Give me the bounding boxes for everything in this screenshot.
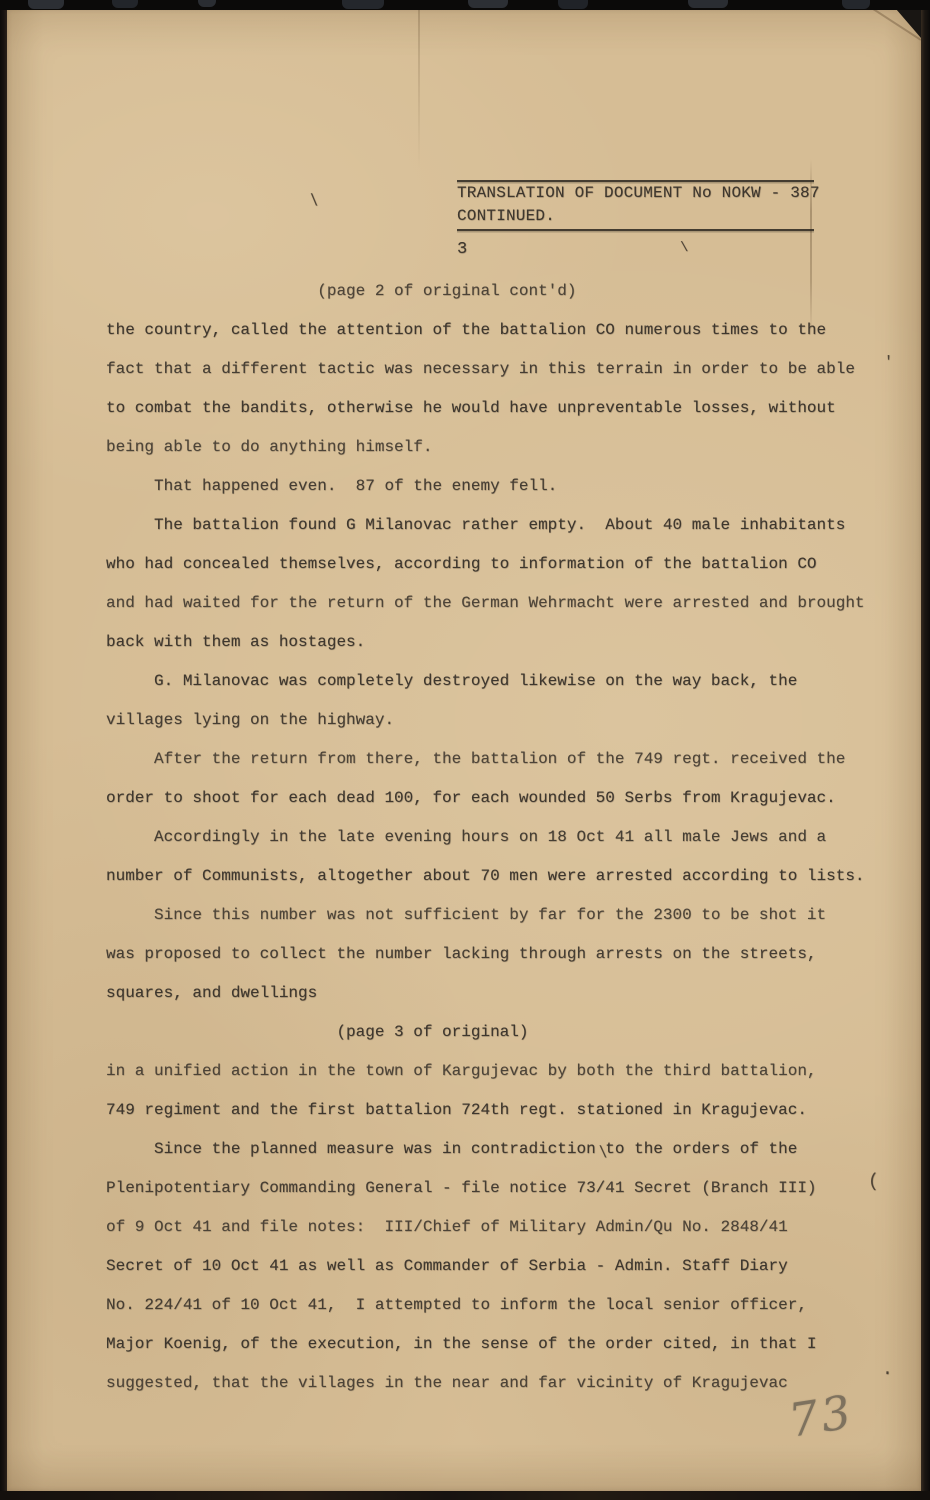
body-line: (page 2 of original cont'd) [106, 272, 906, 311]
stray-mark: \ [680, 240, 688, 256]
body-line: No. 224/41 of 10 Oct 41, I attempted to … [106, 1286, 906, 1325]
film-artifact [28, 0, 64, 9]
stray-mark: \ [308, 192, 319, 211]
scan-edge-right [921, 0, 930, 1500]
header-title: TRANSLATION OF DOCUMENT No NOKW - 387 [457, 182, 814, 205]
body-line: who had concealed themselves, according … [106, 545, 906, 584]
body-line: G. Milanovac was completely destroyed li… [106, 662, 906, 701]
body-line: The battalion found G Milanovac rather e… [106, 506, 906, 545]
body-line: the country, called the attention of the… [106, 311, 906, 350]
body-line: After the return from there, the battali… [106, 740, 906, 779]
vertical-crease [418, 9, 420, 169]
stray-mark: ' [884, 354, 893, 371]
body-line: number of Communists, altogether about 7… [106, 857, 906, 896]
film-artifact [688, 0, 728, 8]
body-line: of 9 Oct 41 and file notes: III/Chief of… [106, 1208, 906, 1247]
stray-mark: \ [597, 1144, 608, 1163]
film-artifact [842, 0, 870, 9]
body-line: That happened even. 87 of the enemy fell… [106, 467, 906, 506]
body-line: Secret of 10 Oct 41 as well as Commander… [106, 1247, 906, 1286]
body-line: in a unified action in the town of Kargu… [106, 1052, 906, 1091]
stray-mark: . [882, 1360, 893, 1380]
body-line: Since the planned measure was in contrad… [106, 1130, 906, 1169]
film-artifact [198, 0, 216, 7]
document-header: TRANSLATION OF DOCUMENT No NOKW - 387 CO… [457, 180, 814, 231]
body-line: was proposed to collect the number lacki… [106, 935, 906, 974]
body-line: Major Koenig, of the execution, in the s… [106, 1325, 906, 1364]
handwritten-page-number: 73 [785, 1384, 857, 1447]
scanned-document-screenshot: { "document": { "header": { "line1": "TR… [0, 0, 930, 1500]
header-rule-bottom [457, 229, 814, 231]
body-line: villages lying on the highway. [106, 701, 906, 740]
film-artifact [558, 0, 588, 9]
stray-mark: ( [868, 1172, 879, 1192]
body-line: (page 3 of original) [106, 1013, 906, 1052]
body-line: Accordingly in the late evening hours on… [106, 818, 906, 857]
film-artifact [468, 0, 508, 8]
body-line: order to shoot for each dead 100, for ea… [106, 779, 906, 818]
body-line: and had waited for the return of the Ger… [106, 584, 906, 623]
body-line: 749 regiment and the first battalion 724… [106, 1091, 906, 1130]
torn-corner [896, 9, 921, 38]
header-continued-label: CONTINUED. [457, 205, 814, 228]
body-line: squares, and dwellings [106, 974, 906, 1013]
body-line: Since this number was not sufficient by … [106, 896, 906, 935]
scan-edge-top [0, 0, 930, 10]
body-line: back with them as hostages. [106, 623, 906, 662]
document-body: (page 2 of original cont'd) the country,… [106, 272, 906, 1403]
page-number: 3 [457, 240, 467, 259]
film-artifact [342, 0, 384, 9]
scan-edge-bottom [0, 1491, 930, 1500]
body-line: being able to do anything himself. [106, 428, 906, 467]
body-line: fact that a different tactic was necessa… [106, 350, 906, 389]
body-line: to combat the bandits, otherwise he woul… [106, 389, 906, 428]
film-artifact [112, 0, 138, 8]
scan-edge-left [0, 0, 7, 1500]
body-line: Plenipotentiary Commanding General - fil… [106, 1169, 906, 1208]
